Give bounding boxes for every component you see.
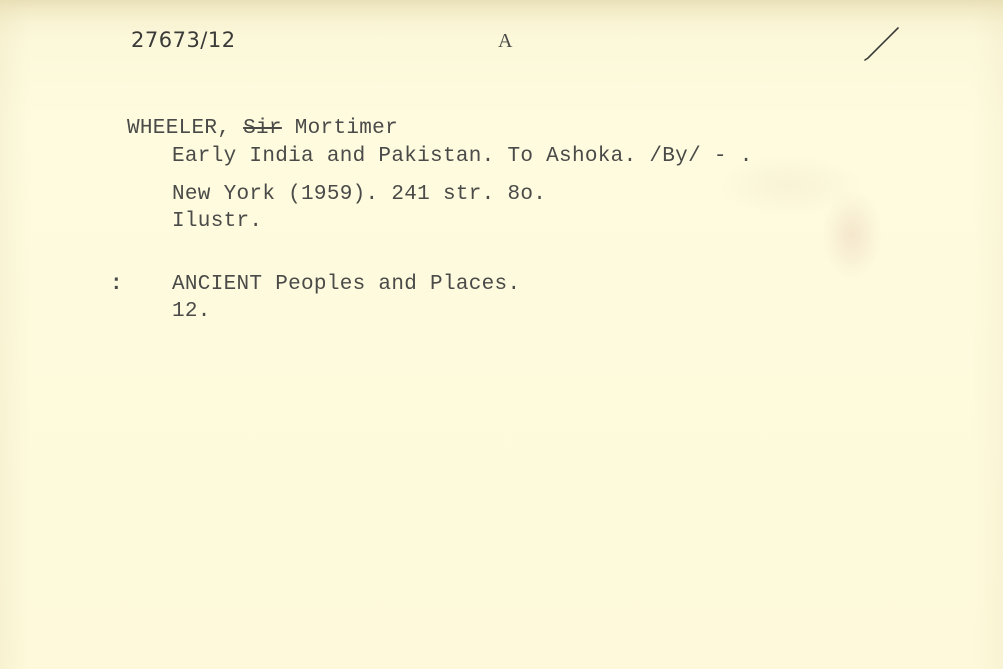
author-given-name: Mortimer bbox=[295, 117, 398, 140]
call-number: 27673/12 bbox=[131, 28, 236, 52]
series-title: ANCIENT Peoples and Places. bbox=[172, 273, 520, 296]
title-statement: Early India and Pakistan. To Ashoka. /By… bbox=[172, 145, 753, 168]
catalog-card: 27673/12 A WHEELER, Sir Mortimer Early I… bbox=[0, 0, 1003, 669]
illustrations-note: Ilustr. bbox=[172, 210, 262, 233]
author-surname: WHEELER, bbox=[127, 117, 230, 140]
location-mark: A bbox=[498, 30, 513, 53]
check-mark-icon bbox=[862, 24, 902, 64]
series-number: 12. bbox=[172, 300, 211, 323]
author-heading: WHEELER, Sir Mortimer bbox=[127, 117, 398, 140]
series-marker: : bbox=[110, 273, 123, 296]
imprint-statement: New York (1959). 241 str. 8o. bbox=[172, 183, 546, 206]
author-struck-title: Sir bbox=[243, 117, 282, 140]
